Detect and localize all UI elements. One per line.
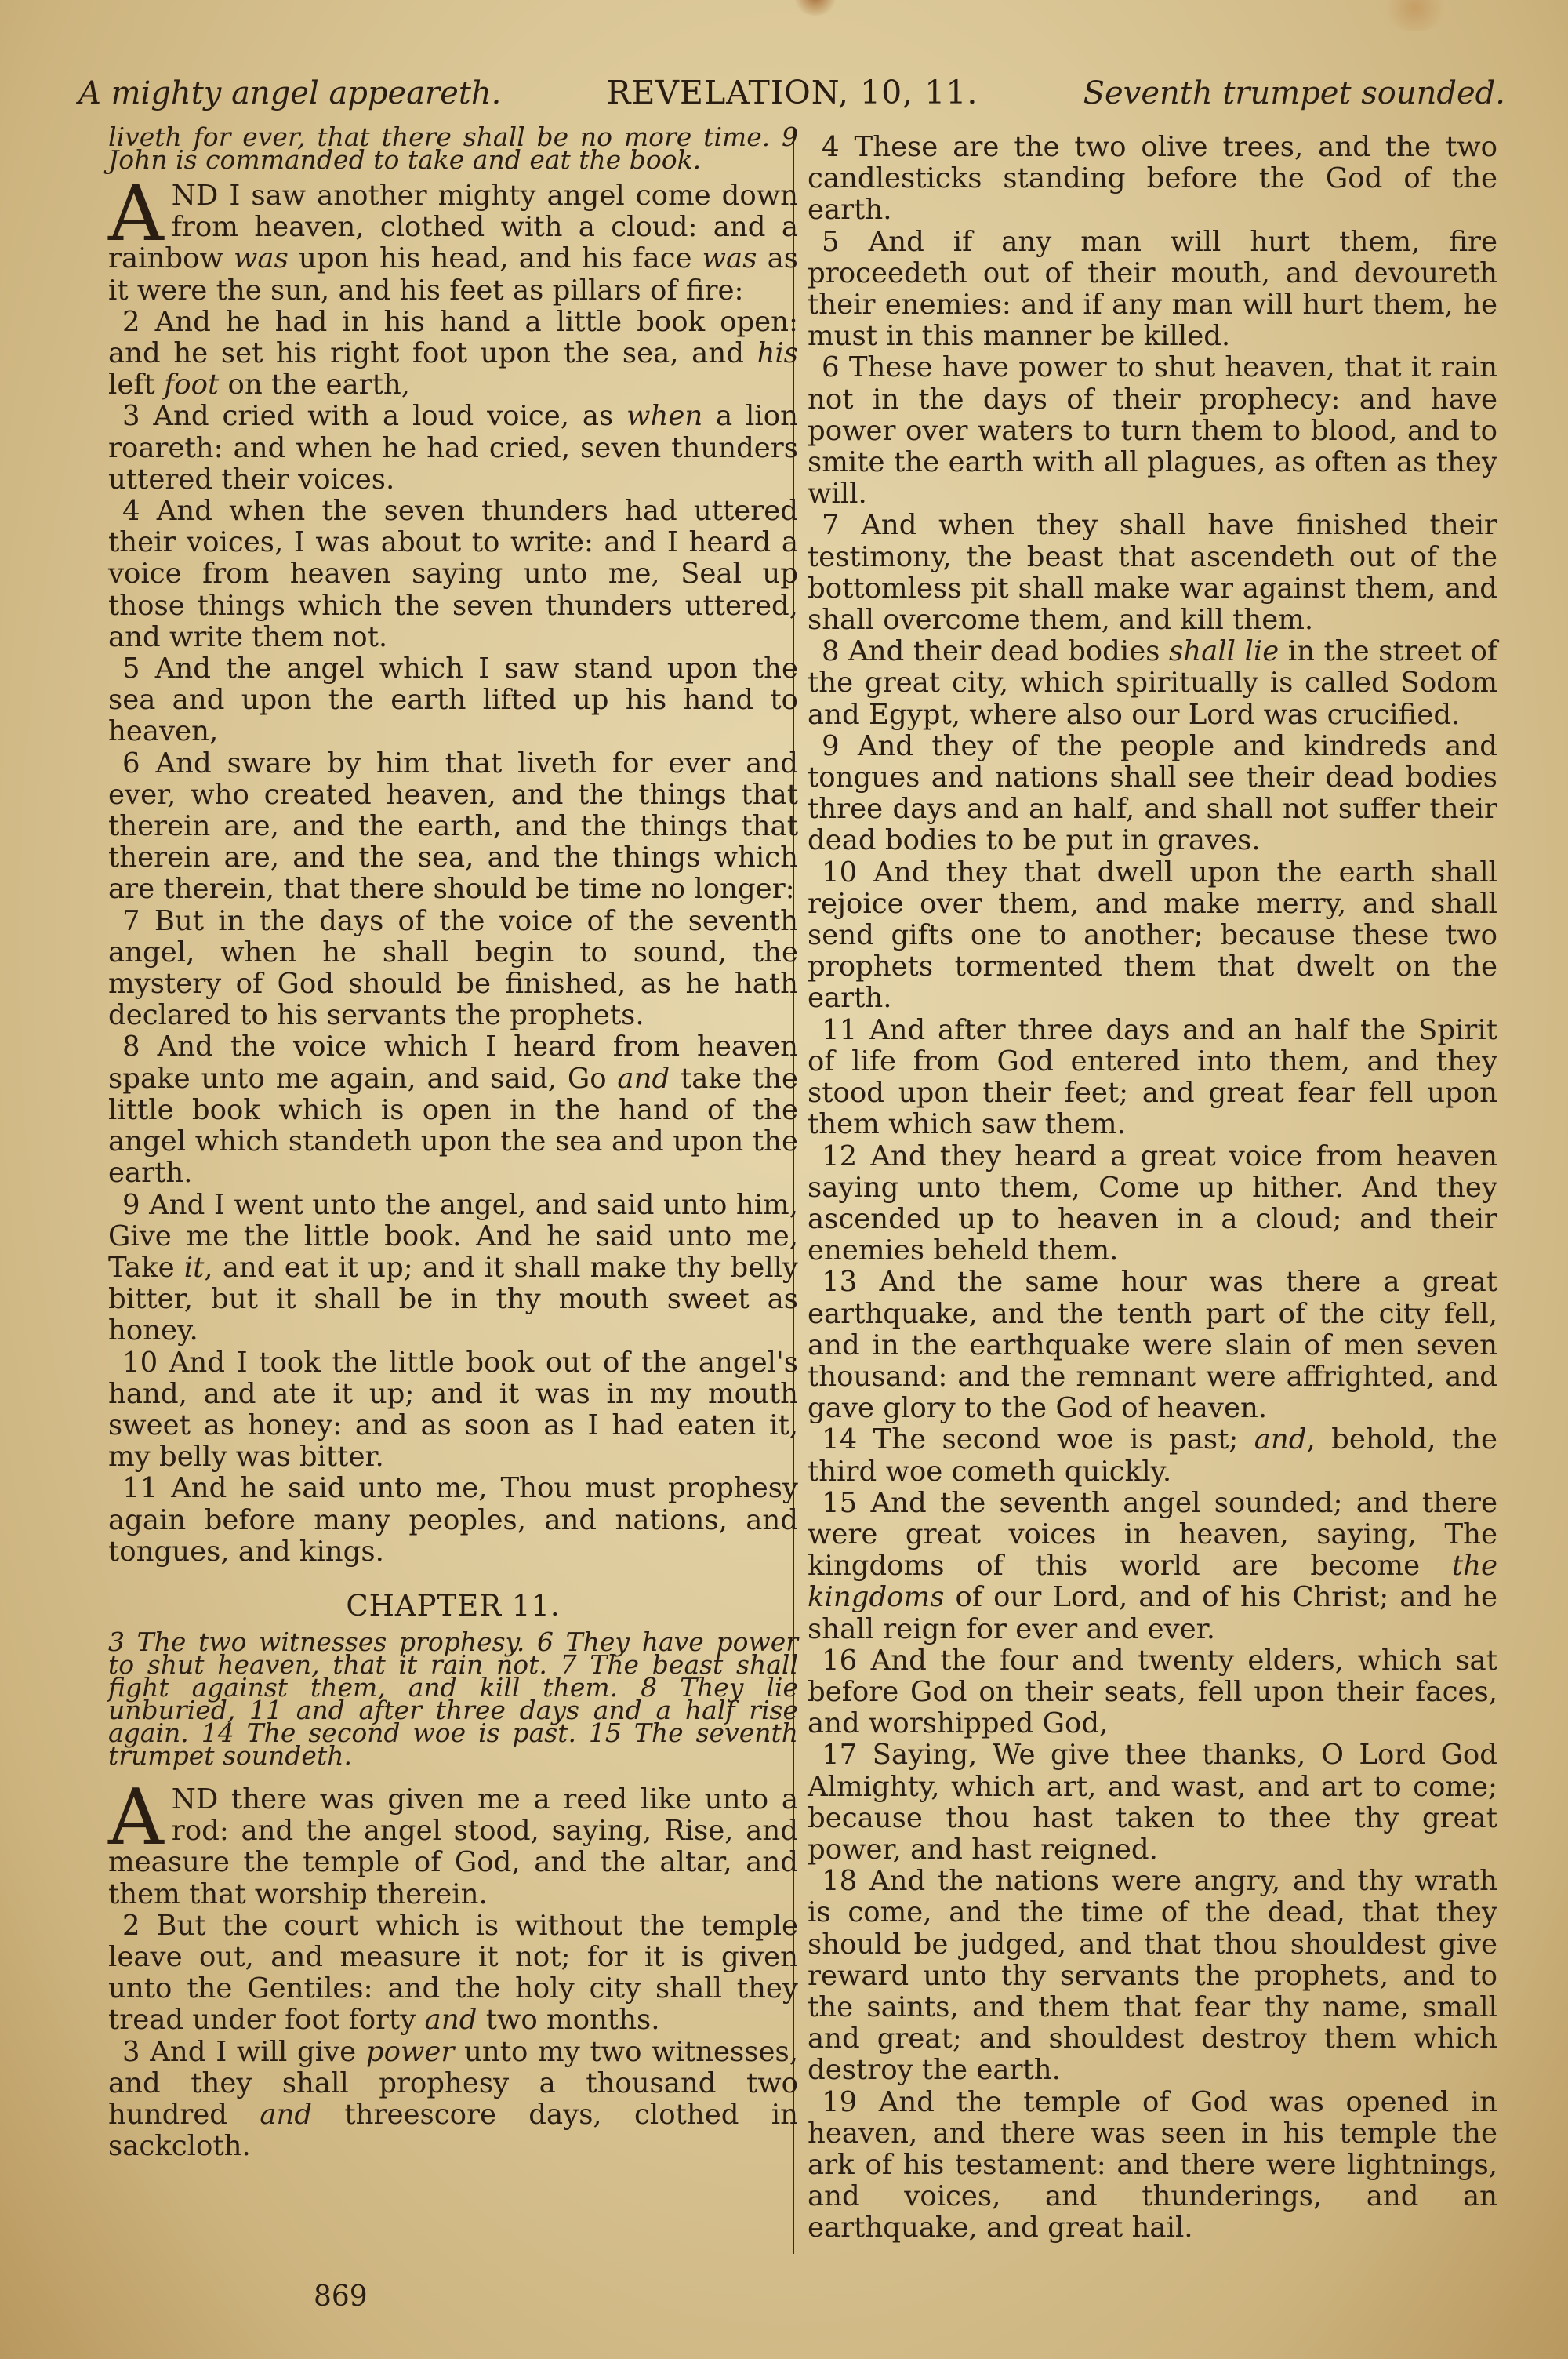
verse-text: ND I saw another mighty angel come down … xyxy=(108,180,798,307)
verse-text: And he said unto me, Thou must prophesy … xyxy=(108,1472,798,1567)
verse: 3 And I will give power unto my two witn… xyxy=(108,2037,798,2163)
verse: 2 But the court which is without the tem… xyxy=(108,1910,798,2037)
drop-cap: A xyxy=(108,1787,164,1848)
verse-number: 3 xyxy=(122,2036,150,2068)
verse-text: And cried with a loud voice, as when a l… xyxy=(108,400,798,495)
verse-number: 5 xyxy=(822,226,869,258)
verse-text: And I took the little book out of the an… xyxy=(108,1347,798,1474)
verse: 8 And their dead bodies shall lie in the… xyxy=(808,636,1497,731)
page-number: 869 xyxy=(314,2281,368,2313)
chapter-10-verses: AND I saw another mighty angel come down… xyxy=(108,180,798,1568)
verse-number: 5 xyxy=(122,652,155,685)
verse: 6 And sware by him that liveth for ever … xyxy=(108,748,798,906)
verse-number: 6 xyxy=(122,747,155,780)
verse: AND I saw another mighty angel come down… xyxy=(108,180,798,307)
left-column: liveth for ever, that there shall be no … xyxy=(108,125,798,2162)
verse-text: And when the seven thunders had uttered … xyxy=(108,495,798,653)
verse-number: 10 xyxy=(122,1347,169,1379)
verse-number: 6 xyxy=(822,351,849,383)
verse: 17 Saying, We give thee thanks, O Lord G… xyxy=(808,1739,1497,1866)
verse: 7 But in the days of the voice of the se… xyxy=(108,906,798,1032)
verse-text: ND there was given me a reed like unto a… xyxy=(108,1783,798,1910)
verse: 5 And the angel which I saw stand upon t… xyxy=(108,653,798,748)
verse: 4 These are the two olive trees, and the… xyxy=(808,132,1497,227)
verse-number: 14 xyxy=(822,1423,873,1456)
chapter-11-summary: 3 The two witnesses prophesy. 6 They hav… xyxy=(108,1630,798,1767)
verse-text: And the nations were angry, and thy wrat… xyxy=(808,1865,1497,2086)
verse-number: 7 xyxy=(122,905,154,937)
verse: 8 And the voice which I heard from heave… xyxy=(108,1031,798,1189)
verse-text: And I will give power unto my two witnes… xyxy=(108,2036,798,2163)
verse: 10 And I took the little book out of the… xyxy=(108,1347,798,1474)
verse-number: 2 xyxy=(122,306,155,338)
header-book-chapter: REVELATION, 10, 11. xyxy=(607,69,978,116)
verse-number: 4 xyxy=(122,495,157,527)
chapter-11-verses: AND there was given me a reed like unto … xyxy=(108,1784,798,2162)
verse-text: And they heard a great voice from heaven… xyxy=(808,1140,1497,1267)
verse-number: 11 xyxy=(822,1014,869,1046)
verse: 3 And cried with a loud voice, as when a… xyxy=(108,401,798,496)
verse-number: 12 xyxy=(822,1140,870,1172)
verse-number: 8 xyxy=(822,635,848,667)
verse: 13 And the same hour was there a great e… xyxy=(808,1267,1497,1424)
verse: 11 And after three days and an half the … xyxy=(808,1015,1497,1141)
paper-stain xyxy=(1380,0,1450,31)
verse: 2 And he had in his hand a little book o… xyxy=(108,307,798,402)
verse-text: And the temple of God was opened in heav… xyxy=(808,2086,1497,2245)
chapter-summary-continuation: liveth for ever, that there shall be no … xyxy=(108,125,798,171)
verse-text: The second woe is past; and, behold, the… xyxy=(808,1423,1497,1487)
verse-number: 19 xyxy=(822,2086,879,2118)
verse-number: 2 xyxy=(122,1910,156,1942)
verse-number: 10 xyxy=(822,856,873,889)
verse: 4 And when the seven thunders had uttere… xyxy=(108,496,798,653)
verse-number: 16 xyxy=(822,1645,871,1677)
verse-text: Saying, We give thee thanks, O Lord God … xyxy=(808,1739,1497,1866)
paper-stain xyxy=(792,0,839,16)
verse-number: 11 xyxy=(122,1472,171,1504)
verse-text: These have power to shut heaven, that it… xyxy=(808,351,1497,510)
verse-number: 17 xyxy=(822,1739,873,1771)
header-left-topic: A mighty angel appeareth. xyxy=(78,70,501,117)
verse: 7 And when they shall have finished thei… xyxy=(808,510,1497,636)
verse-text: But the court which is without the templ… xyxy=(108,1910,798,2037)
verse: 19 And the temple of God was opened in h… xyxy=(808,2087,1497,2245)
drop-cap: A xyxy=(108,184,164,245)
running-header: A mighty angel appeareth. REVELATION, 10… xyxy=(78,69,1505,116)
verse-text: These are the two olive trees, and the t… xyxy=(808,131,1497,226)
verse: 18 And the nations were angry, and thy w… xyxy=(808,1866,1497,2086)
header-right-topic: Seventh trumpet sounded. xyxy=(1083,70,1505,117)
verse-text: But in the days of the voice of the seve… xyxy=(108,905,798,1032)
verse-number: 15 xyxy=(822,1487,871,1519)
verse-number: 9 xyxy=(822,730,858,762)
chapter-11-verses-continued: 4 These are the two olive trees, and the… xyxy=(808,132,1497,2245)
verse-text: And they that dwell upon the earth shall… xyxy=(808,856,1497,1015)
verse-text: And after three days and an half the Spi… xyxy=(808,1014,1497,1141)
verse: 9 And I went unto the angel, and said un… xyxy=(108,1190,798,1347)
verse-number: 9 xyxy=(122,1189,149,1221)
verse-text: And the seventh angel sounded; and there… xyxy=(808,1487,1497,1645)
verse-number: 18 xyxy=(822,1865,869,1897)
verse: 10 And they that dwell upon the earth sh… xyxy=(808,857,1497,1015)
verse-text: And their dead bodies shall lie in the s… xyxy=(808,635,1497,730)
verse: 6 These have power to shut heaven, that … xyxy=(808,352,1497,510)
verse-text: And I went unto the angel, and said unto… xyxy=(108,1189,798,1347)
right-column: 4 These are the two olive trees, and the… xyxy=(808,132,1497,2245)
verse: 15 And the seventh angel sounded; and th… xyxy=(808,1488,1497,1645)
verse-text: And he had in his hand a little book ope… xyxy=(108,306,798,401)
verse-number: 7 xyxy=(822,509,861,541)
verse: 16 And the four and twenty elders, which… xyxy=(808,1645,1497,1740)
verse-text: And they of the people and kindreds and … xyxy=(808,730,1497,857)
verse-text: And sware by him that liveth for ever an… xyxy=(108,747,798,906)
verse-text: And the voice which I heard from heaven … xyxy=(108,1030,798,1189)
verse: 9 And they of the people and kindreds an… xyxy=(808,731,1497,857)
verse-text: And the same hour was there a great eart… xyxy=(808,1266,1497,1424)
verse: 14 The second woe is past; and, behold, … xyxy=(808,1424,1497,1487)
verse-number: 3 xyxy=(122,400,153,432)
verse-text: And if any man will hurt them, fire proc… xyxy=(808,226,1497,353)
verse-text: And when they shall have finished their … xyxy=(808,509,1497,636)
verse: 5 And if any man will hurt them, fire pr… xyxy=(808,227,1497,353)
verse-text: And the four and twenty elders, which sa… xyxy=(808,1645,1497,1739)
verse: 12 And they heard a great voice from hea… xyxy=(808,1141,1497,1267)
verse-number: 13 xyxy=(822,1266,879,1298)
verse-number: 4 xyxy=(822,131,855,163)
verse: 11 And he said unto me, Thou must prophe… xyxy=(108,1473,798,1568)
verse-number: 8 xyxy=(122,1030,158,1063)
chapter-title: CHAPTER 11. xyxy=(108,1587,798,1626)
verse: AND there was given me a reed like unto … xyxy=(108,1784,798,1910)
verse-text: And the angel which I saw stand upon the… xyxy=(108,652,798,747)
